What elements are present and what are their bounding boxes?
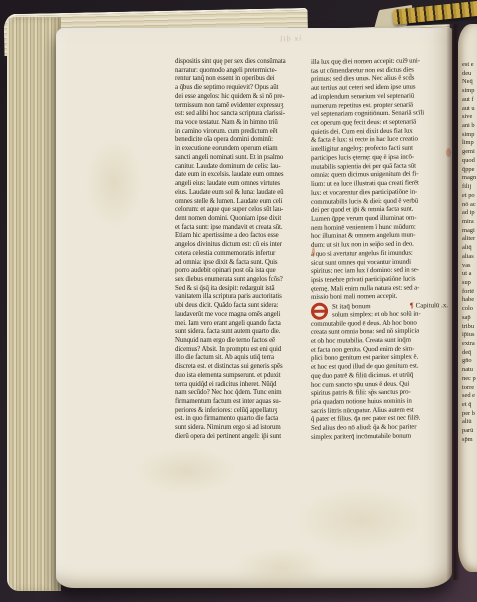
text-fragment: sive <box>462 112 477 121</box>
text-line: ma voce testatur. Nam & in himno triū <box>175 118 309 127</box>
text-line: a q̄bus die septimo requievit? Opus aūt <box>175 83 309 92</box>
page-stain <box>86 138 142 228</box>
text-line: Sed & si q̄sq̄ ita desipit: redarguit is… <box>175 284 309 293</box>
left-page: lib xi dispositis sint quę per sex dies … <box>56 28 452 588</box>
chapter-opening: E St itaq̄ bonum ¶ Capitulū .x. <box>311 300 448 310</box>
text-fragment: sed e <box>462 391 477 400</box>
text-line: est. in quo firmamento quarto die facta <box>175 414 309 423</box>
rubric-smudge <box>312 247 315 257</box>
text-line: dispositis sint quę per sex dies consūma… <box>175 57 309 66</box>
text-fragment: vas <box>462 261 477 270</box>
text-line: benedicite oīa opera domini dominū: <box>175 135 309 144</box>
text-line: sex diebus enumerata sunt angelos fcōs? <box>175 275 309 284</box>
text-line: laudaverūt me voce magna omēs angeli <box>175 310 309 319</box>
text-fragment: limp <box>462 138 477 147</box>
text-fragment: tribu <box>462 322 477 331</box>
book-fore-edge-stack <box>7 17 61 591</box>
column-right-lower-lines: solum simplex: et ob hoc solū in-commuta… <box>311 309 448 441</box>
text-fragment: q̄ppe <box>462 165 477 174</box>
text-fragment: nec p <box>462 374 477 383</box>
text-fragment: simp <box>462 130 477 139</box>
facing-page-text-fragments: est edeuNeq̄simpaut faut usiveani bsimpl… <box>462 60 477 444</box>
book-photograph: lib xi dispositis sint quę per sex dies … <box>0 0 477 602</box>
text-line: in camino virorum. cum predictum eēt <box>175 127 309 136</box>
text-fragment: aut u <box>462 104 477 113</box>
page-stain <box>296 488 426 552</box>
text-line: Etiam hic apertissime a deo factos esse <box>175 231 309 240</box>
text-fragment: aliū <box>462 417 477 426</box>
text-fragment: aliter <box>462 234 477 243</box>
text-fragment: simp <box>462 86 477 95</box>
text-line: dent nomen domini. Quoniam ipse dixit <box>175 214 309 223</box>
text-line: porro audebit opinari post oīa ista que <box>175 266 309 275</box>
text-fragment: sap̄ <box>462 313 477 322</box>
text-column-right: illa lux quę diei nomen accepit: cui9 un… <box>311 56 448 441</box>
text-line: vanitatem illa scriptura paris auctorita… <box>175 292 309 301</box>
text-fragment: gn̄o <box>462 356 477 365</box>
text-line: discreta est. et distinctas sui generis … <box>175 362 309 371</box>
text-fragment: deq̄ <box>462 348 477 357</box>
text-fragment: alias <box>462 252 477 261</box>
text-fragment: Neq̄ <box>462 77 477 86</box>
column-right-upper-lines: illa lux quę diei nomen accepit: cui9 un… <box>311 56 448 302</box>
text-line: angelos divinitus dictum est: cū eis int… <box>175 240 309 249</box>
capitulum-mark: ¶ <box>410 301 414 310</box>
text-line: nam secūdo? Nec hoc q̄dem. Tunc enim <box>175 388 309 397</box>
text-fragment: ani b <box>462 121 477 130</box>
text-line: omnes stelle & lumen. Laudate eum celi <box>175 197 309 206</box>
chapter-number-label: Capitulū .x. <box>416 301 448 310</box>
book-headband <box>392 0 477 25</box>
text-line: dierū opera dei pertinent angeli: ip̄i s… <box>175 432 309 441</box>
text-fragment: parū <box>462 426 477 435</box>
text-line: sancti angeli nominati sunt. Et in psalm… <box>175 153 309 162</box>
text-line: narratur: quomodo angeli pretermicte- <box>175 66 309 75</box>
text-line: ubi deus dicit. Quādo facta sunt sidera: <box>175 301 309 310</box>
text-fragment: aliq̄ <box>462 243 477 252</box>
text-line: sunt sidera. facta sunt autem quarto die… <box>175 327 309 336</box>
text-column-left: dispositis sint quę per sex dies consūma… <box>175 57 309 441</box>
text-fragment: torre <box>462 383 477 392</box>
text-line: ad omnia: ipse dixit & facta sunt. Quis <box>175 258 309 267</box>
text-fragment: per b <box>462 409 477 418</box>
text-line: canitur. Laudate dominum de celis: lau- <box>175 162 309 171</box>
text-fragment: fortē <box>462 287 477 296</box>
text-fragment: et q̄ <box>462 400 477 409</box>
text-line: date eum in excelsis. laudate eum omnes <box>175 170 309 179</box>
chapter-intro-text: St itaq̄ bonum <box>332 302 371 311</box>
text-fragment: natu <box>462 365 477 374</box>
text-fragment: quod <box>462 156 477 165</box>
text-fragment: aut f <box>462 95 477 104</box>
text-line: periores & inferiores: celūq̄ appellatuʒ <box>175 406 309 415</box>
text-fragment: nō ac <box>462 200 477 209</box>
chapter-heading-line: St itaq̄ bonum ¶ Capitulū .x. <box>332 300 448 310</box>
text-line: dei esse angelos: hic quidem & si nō pre… <box>175 92 309 101</box>
page-stain <box>236 548 326 588</box>
text-fragment: filij <box>462 182 477 191</box>
text-line: mei. Iam vero erant angeli quando facta <box>175 319 309 328</box>
text-line: sunt sidera. Nimirum ergo si ad istorum <box>175 423 309 432</box>
text-fragment: ad ip <box>462 208 477 217</box>
text-fragment: ut a <box>462 269 477 278</box>
text-fragment: habe <box>462 295 477 304</box>
text-fragment: mira <box>462 217 477 226</box>
text-line: in executione eorundem operum etiam <box>175 144 309 153</box>
page-stain <box>136 448 236 494</box>
text-fragment: est e <box>462 60 477 69</box>
text-line: termissum non tamē evidenter expressuʒ <box>175 101 309 110</box>
text-line: illo die factum sit. Ab aquis utiq̄ terr… <box>175 353 309 362</box>
text-fragment: sup <box>462 278 477 287</box>
text-line: rentur tanq̄ non essent in operibus dei <box>175 74 309 83</box>
text-line: et facta sunt: ipse mandavit et creata s… <box>175 223 309 232</box>
facing-page-sliver: est edeuNeq̄simpaut faut usiveani bsimpl… <box>458 24 477 572</box>
text-line: cetera celestia commemoratis infertur <box>175 249 309 258</box>
text-line: duo ista elementa sumpserunt. et pduxit <box>175 371 309 380</box>
text-line: angeli eius: laudate eum omnes virtutes <box>175 179 309 188</box>
text-line: firmamentum factum est inter aquas su- <box>175 397 309 406</box>
text-fragment: extra <box>462 339 477 348</box>
text-line: dicemus? Absit. In promptu est eni quid <box>175 345 309 354</box>
text-line: simplex pariterq̄ incōmutabile bonum <box>311 431 448 441</box>
text-fragment: colo <box>462 304 477 313</box>
text-line: Nunquid nam ergo die terno factos eē <box>175 336 309 345</box>
text-fragment: gemi <box>462 147 477 156</box>
text-line: eius. Laudate eum sol & luna: laudate eū <box>175 188 309 197</box>
text-fragment: et po <box>462 191 477 200</box>
text-line: est: sed alibi hoc sancta scriptura clar… <box>175 109 309 118</box>
handwritten-annotation: lib xi <box>280 33 303 43</box>
text-fragment: sp̄m <box>462 435 477 444</box>
text-fragment: magn <box>462 173 477 182</box>
initial-crossbar <box>312 310 328 313</box>
text-fragment: ip̄ius <box>462 330 477 339</box>
text-line: celorum: et aque que super celos sūt lau… <box>175 205 309 214</box>
text-fragment: deu <box>462 69 477 78</box>
text-fragment: magi <box>462 226 477 235</box>
text-line: terra quidq̄d ei radicitus inheret. Nūq̄… <box>175 380 309 389</box>
